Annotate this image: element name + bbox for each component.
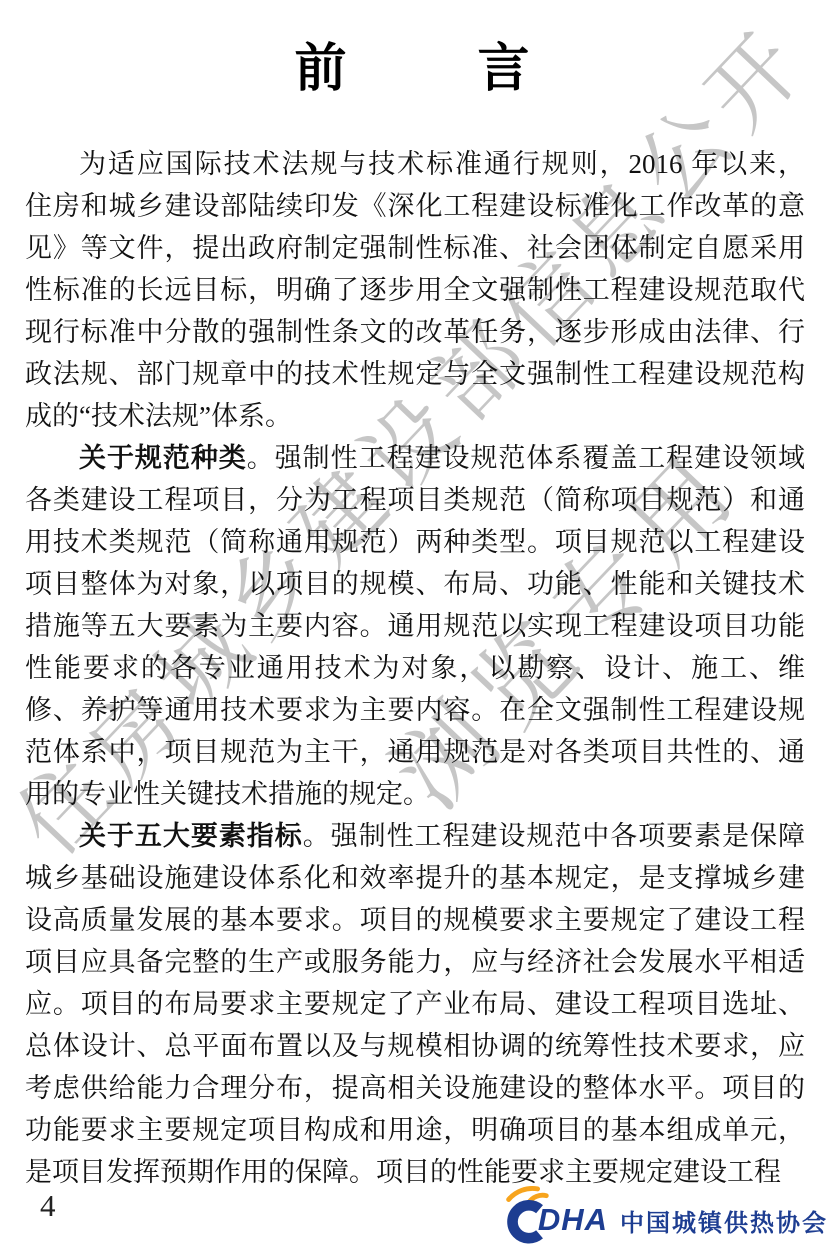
text-line: 考虑供给能力合理分布，提高相关设施建设的整体水平。项目的 — [25, 1067, 805, 1109]
text-run: 各类建设工程项目，分为工程项目类规范（简称项目规范）和通 — [25, 485, 805, 515]
text-run: 住房和城乡建设部陆续印发《深化工程建设标准化工作改革的意 — [25, 191, 805, 221]
cdha-logo-name: 中国城镇供热协会 — [620, 1203, 828, 1238]
bold-run: 关于五大要素指标 — [79, 821, 303, 851]
text-run: 性能要求的各专业通用技术为对象，以勘察、设计、施工、维 — [25, 653, 805, 683]
text-line: 性标准的长远目标，明确了逐步用全文强制性工程建设规范取代 — [25, 269, 805, 311]
text-run: 措施等五大要素为主要内容。通用规范以实现工程建设项目功能 — [25, 611, 805, 641]
text-run: 。强制性工程建设规范中各项要素是保障 — [303, 821, 805, 851]
text-run: 见》等文件，提出政府制定强制性标准、社会团体制定自愿采用 — [25, 233, 805, 263]
cdha-logo-abbr: DHA — [538, 1202, 608, 1238]
text-line: 性能要求的各专业通用技术为对象，以勘察、设计、施工、维 — [25, 647, 805, 689]
text-run: 政法规、部门规章中的技术性规定与全文强制性工程建设规范构 — [25, 359, 805, 389]
text-line: 关于规范种类。强制性工程建设规范体系覆盖工程建设领域 — [25, 437, 805, 479]
text-run: 。强制性工程建设规范体系覆盖工程建设领域 — [247, 443, 805, 473]
document-body: 为适应国际技术法规与技术标准通行规则，2016 年以来，住房和城乡建设部陆续印发… — [25, 143, 805, 1193]
text-line: 范体系中，项目规范为主干，通用规范是对各类项目共性的、通 — [25, 731, 805, 773]
text-run: 用的专业性关键技术措施的规定。 — [25, 779, 430, 809]
text-line: 政法规、部门规章中的技术性规定与全文强制性工程建设规范构 — [25, 353, 805, 395]
text-run: 性标准的长远目标，明确了逐步用全文强制性工程建设规范取代 — [25, 275, 805, 305]
text-line: 用技术类规范（简称通用规范）两种类型。项目规范以工程建设 — [25, 521, 805, 563]
page-title: 前 言 — [0, 26, 833, 101]
text-run: 功能要求主要规定项目构成和用途，明确项目的基本组成单元， — [25, 1115, 805, 1145]
text-line: 住房和城乡建设部陆续印发《深化工程建设标准化工作改革的意 — [25, 185, 805, 227]
text-run: 总体设计、总平面布置以及与规模相协调的统筹性技术要求，应 — [25, 1031, 805, 1061]
text-run: 修、养护等通用技术要求为主要内容。在全文强制性工程建设规 — [25, 695, 805, 725]
text-line: 项目整体为对象，以项目的规模、布局、功能、性能和关键技术 — [25, 563, 805, 605]
text-run: 应。项目的布局要求主要规定了产业布局、建设工程项目选址、 — [25, 989, 805, 1019]
text-line: 关于五大要素指标。强制性工程建设规范中各项要素是保障 — [25, 815, 805, 857]
text-run: 用技术类规范（简称通用规范）两种类型。项目规范以工程建设 — [25, 527, 805, 557]
text-line: 见》等文件，提出政府制定强制性标准、社会团体制定自愿采用 — [25, 227, 805, 269]
text-line: 各类建设工程项目，分为工程项目类规范（简称项目规范）和通 — [25, 479, 805, 521]
text-run: 是项目发挥预期作用的保障。项目的性能要求主要规定建设工程 — [25, 1157, 781, 1187]
text-run: 为适应国际技术法规与技术标准通行规则，2016 年以来， — [79, 149, 805, 179]
text-line: 用的专业性关键技术措施的规定。 — [25, 773, 805, 815]
text-line: 措施等五大要素为主要内容。通用规范以实现工程建设项目功能 — [25, 605, 805, 647]
text-line: 为适应国际技术法规与技术标准通行规则，2016 年以来， — [25, 143, 805, 185]
text-line: 现行标准中分散的强制性条文的改革任务，逐步形成由法律、行 — [25, 311, 805, 353]
bold-run: 关于规范种类 — [79, 443, 247, 473]
text-line: 设高质量发展的基本要求。项目的规模要求主要规定了建设工程 — [25, 899, 805, 941]
text-line: 成的“技术法规”体系。 — [25, 395, 805, 437]
page-number: 4 — [40, 1188, 56, 1224]
text-run: 城乡基础设施建设体系化和效率提升的基本规定，是支撑城乡建 — [25, 863, 805, 893]
text-run: 成的“技术法规”体系。 — [25, 401, 292, 431]
text-line: 项目应具备完整的生产或服务能力，应与经济社会发展水平相适 — [25, 941, 805, 983]
text-line: 总体设计、总平面布置以及与规模相协调的统筹性技术要求，应 — [25, 1025, 805, 1067]
text-line: 修、养护等通用技术要求为主要内容。在全文强制性工程建设规 — [25, 689, 805, 731]
text-line: 城乡基础设施建设体系化和效率提升的基本规定，是支撑城乡建 — [25, 857, 805, 899]
text-line: 应。项目的布局要求主要规定了产业布局、建设工程项目选址、 — [25, 983, 805, 1025]
text-run: 范体系中，项目规范为主干，通用规范是对各类项目共性的、通 — [25, 737, 805, 767]
text-run: 设高质量发展的基本要求。项目的规模要求主要规定了建设工程 — [25, 905, 805, 935]
cdha-logo: DHA 中国城镇供热协会 — [497, 1186, 828, 1244]
text-run: 现行标准中分散的强制性条文的改革任务，逐步形成由法律、行 — [25, 317, 805, 347]
text-run: 项目应具备完整的生产或服务能力，应与经济社会发展水平相适 — [25, 947, 805, 977]
text-run: 项目整体为对象，以项目的规模、布局、功能、性能和关键技术 — [25, 569, 805, 599]
text-run: 考虑供给能力合理分布，提高相关设施建设的整体水平。项目的 — [25, 1073, 805, 1103]
text-line: 功能要求主要规定项目构成和用途，明确项目的基本组成单元， — [25, 1109, 805, 1151]
